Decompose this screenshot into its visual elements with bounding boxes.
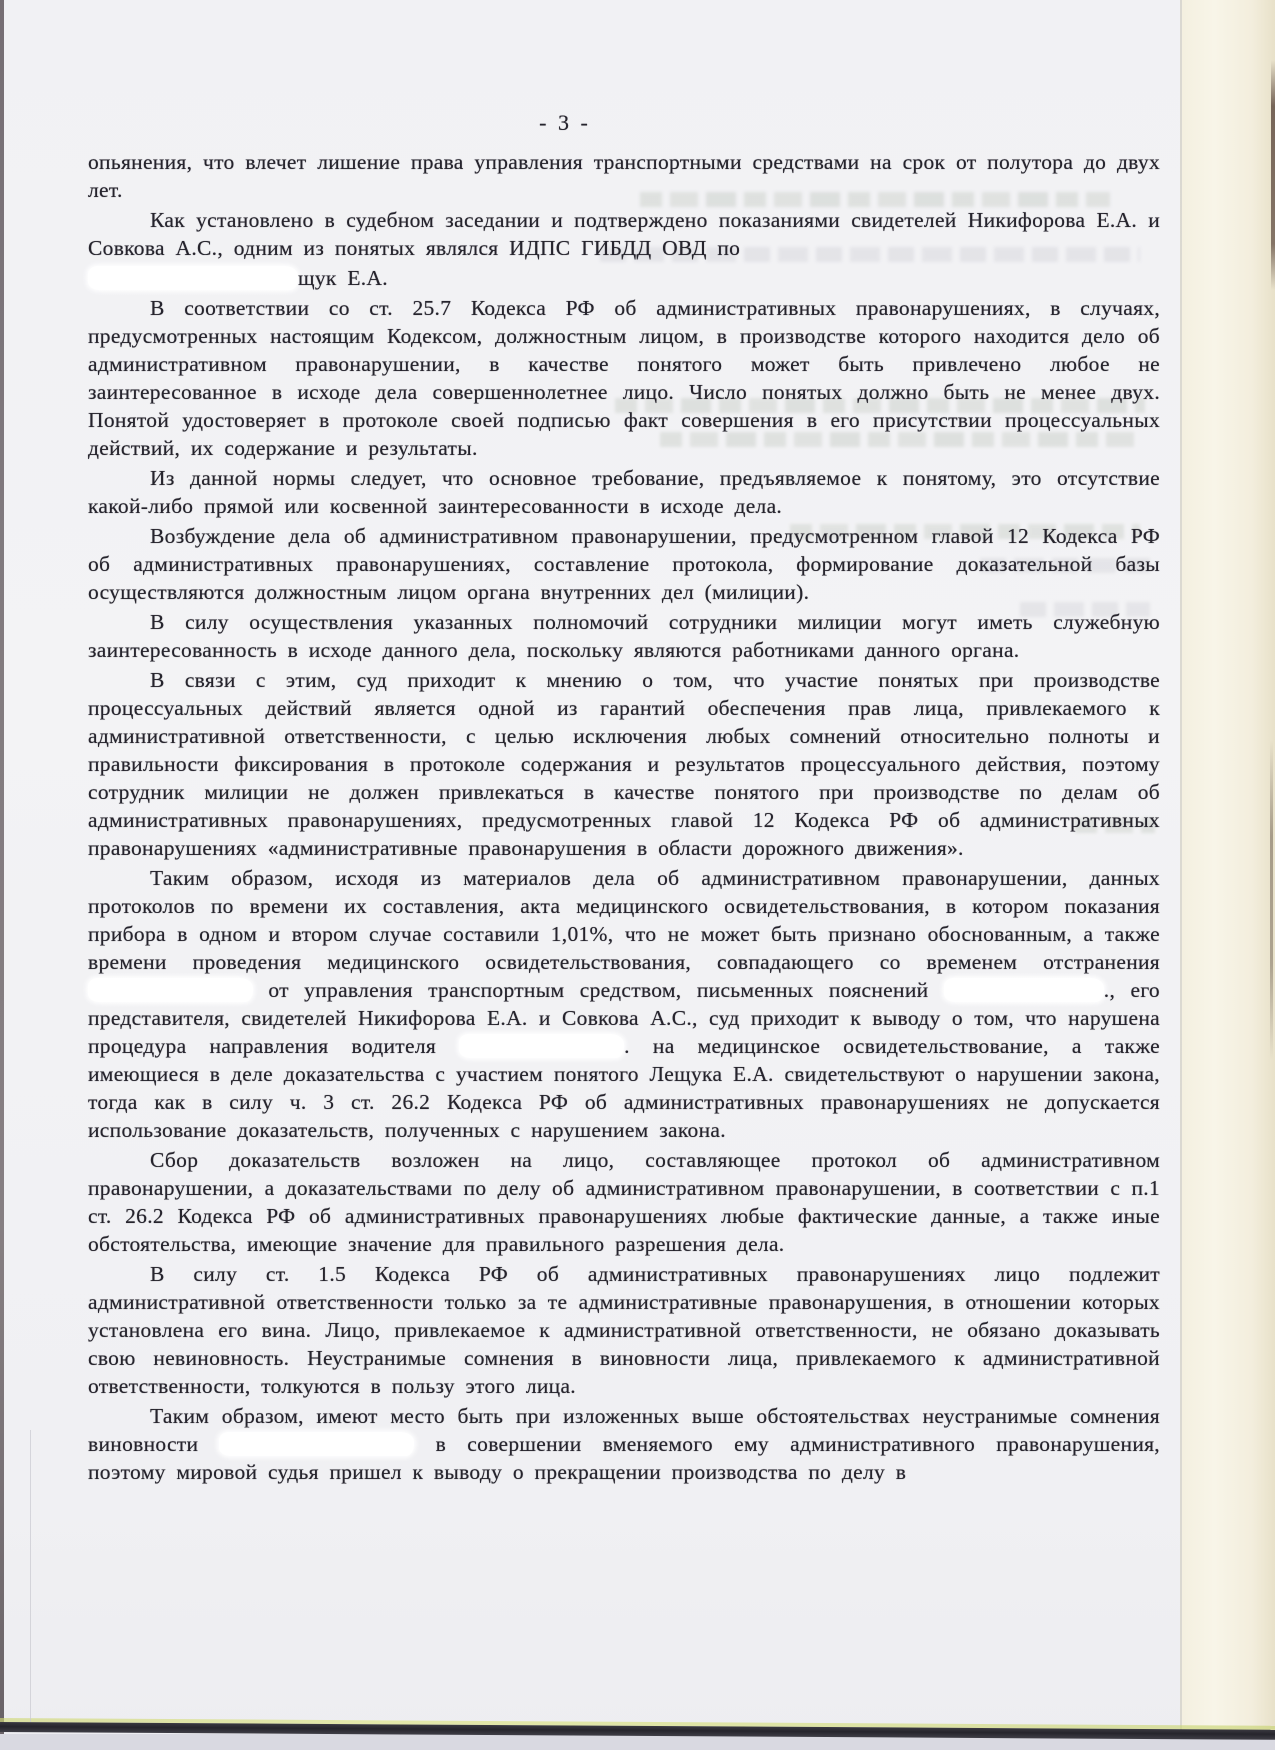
- paragraph: Таким образом, исходя из материалов дела…: [88, 864, 1160, 1144]
- paragraph-text: В силу ст. 1.5 Кодекса РФ об администрат…: [88, 1262, 1160, 1398]
- paragraph-text: В силу осуществления указанных полномочи…: [88, 610, 1160, 662]
- paragraph-text: опьянения, что влечет лишение права упра…: [88, 150, 1160, 202]
- document-body: опьянения, что влечет лишение права упра…: [88, 148, 1160, 1486]
- paragraph: Из данной нормы следует, что основное тр…: [88, 464, 1160, 520]
- redaction-box: [88, 266, 298, 290]
- redaction-box: [944, 978, 1104, 1002]
- page-number: - 3 -: [88, 110, 1160, 136]
- paragraph-text: В соответствии со ст. 25.7 Кодекса РФ об…: [88, 296, 1160, 460]
- paragraph-text: от управления транспортным средством, пи…: [253, 978, 944, 1002]
- document-content: - 3 - опьянения, что влечет лишение прав…: [88, 110, 1160, 1488]
- redaction-box: [219, 1432, 414, 1456]
- scan-right-edge-shadow: [1271, 60, 1275, 290]
- redaction-box: [459, 1034, 624, 1058]
- paragraph: В силу ст. 1.5 Кодекса РФ об администрат…: [88, 1260, 1160, 1400]
- paragraph: В силу осуществления указанных полномочи…: [88, 608, 1160, 664]
- redaction-box: [88, 978, 253, 1002]
- paragraph: В соответствии со ст. 25.7 Кодекса РФ об…: [88, 294, 1160, 462]
- scan-right-crease-line: [1180, 0, 1182, 1750]
- scan-page-fold-line: [30, 1430, 31, 1722]
- scan-right-edge-shadow-lower: [1270, 740, 1273, 1060]
- paragraph: Возбуждение дела об административном пра…: [88, 522, 1160, 606]
- paragraph: Таким образом, имеют место быть при изло…: [88, 1402, 1160, 1486]
- paragraph: опьянения, что влечет лишение права упра…: [88, 148, 1160, 204]
- paragraph-text: В связи с этим, суд приходит к мнению о …: [88, 668, 1160, 860]
- scanned-document-page: - 3 - опьянения, что влечет лишение прав…: [0, 0, 1275, 1750]
- scan-right-book-edge: [1182, 0, 1275, 1750]
- paragraph-text: щук Е.А.: [298, 266, 388, 290]
- paragraph: Как установлено в судебном заседании и п…: [88, 206, 1160, 262]
- paragraph-text: Сбор доказательств возложен на лицо, сос…: [88, 1148, 1160, 1256]
- paragraph-text: Как установлено в судебном заседании и п…: [88, 208, 1160, 260]
- paragraph-text: Таким образом, исходя из материалов дела…: [88, 866, 1160, 974]
- paragraph-text: Из данной нормы следует, что основное тр…: [88, 466, 1160, 518]
- paragraph: щук Е.А.: [88, 264, 1160, 292]
- scan-left-edge-line: [0, 0, 4, 1750]
- paragraph: В связи с этим, суд приходит к мнению о …: [88, 666, 1160, 862]
- paragraph-text: Возбуждение дела об административном пра…: [88, 524, 1160, 604]
- paragraph: Сбор доказательств возложен на лицо, сос…: [88, 1146, 1160, 1258]
